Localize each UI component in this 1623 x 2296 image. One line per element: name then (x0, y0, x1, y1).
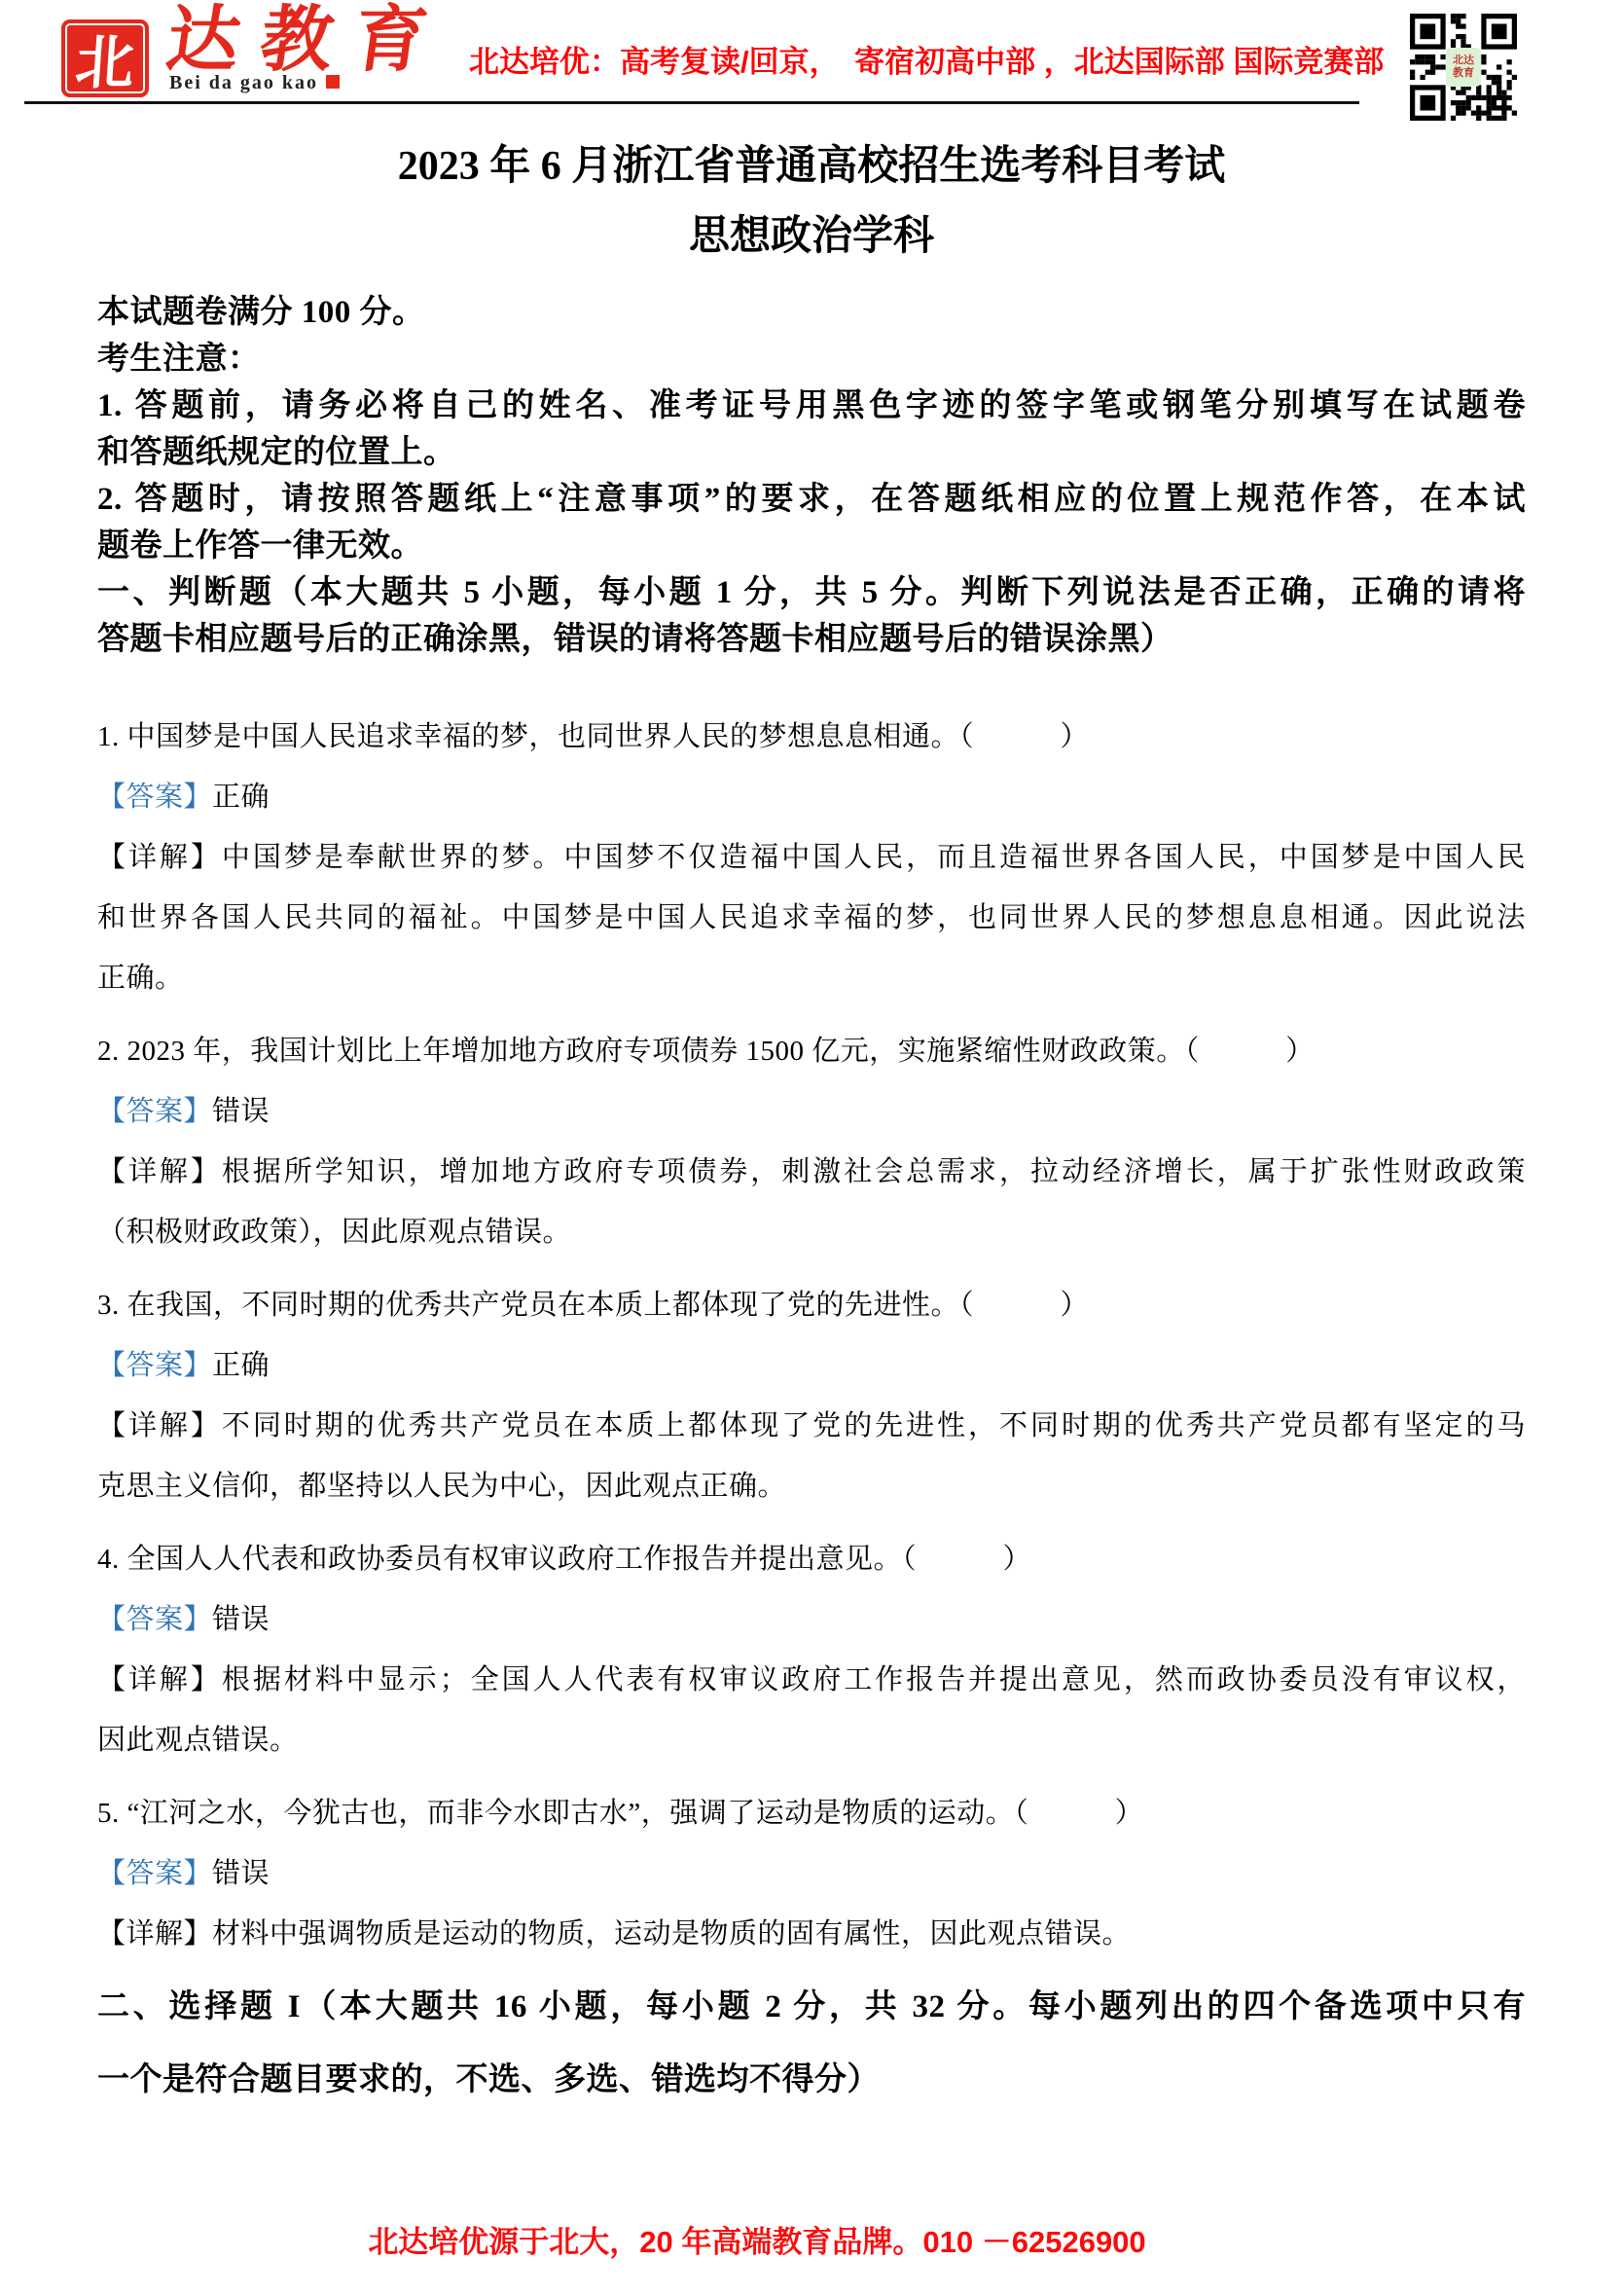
line-text: 本试题卷满分 100 分。 (97, 295, 425, 330)
section-line: 一个是符合题目要求的，不选、多选、错选均不得分） (97, 2050, 1526, 2110)
footer-slogan: 北达培优源于北大，20 年高端教育品牌。010 －62526900 (0, 2217, 1569, 2261)
answer-line: 【答案】错误 (97, 1081, 1526, 1142)
exam-document-page: 北 达教育 Bei da gao kao 北达培优：高考复读/回京， 寄宿初高中… (0, 0, 1623, 2296)
brand-calligraphy: 达教育 (162, 2, 452, 80)
line-text: 【详解】根据材料中显示；全国人人代表有权审议政府工作报告并提出意见，然而政协委员… (97, 1664, 1526, 1695)
line-text: 一个是符合题目要求的，不选、多选、错选均不得分） (97, 2062, 880, 2097)
line-text: 一、判断题（本大题共 5 小题，每小题 1 分，共 5 分。判断下列说法是否正确… (97, 575, 1526, 610)
line-text: 正确 (212, 782, 270, 813)
notice-line: 1. 答题前，请务必将自己的姓名、准考证号用黑色字迹的签字笔或钢笔分别填写在试题… (97, 383, 1526, 429)
qa-block: 1. 中国梦是中国人民追求幸福的梦，也同世界人民的梦想息息相通。（ ）【答案】正… (97, 707, 1526, 2110)
notice-line: 本试题卷满分 100 分。 (97, 289, 1526, 336)
line-text: 1. 中国梦是中国人民追求幸福的梦，也同世界人民的梦想息息相通。（ ） (97, 721, 1089, 752)
brand-pinyin: Bei da gao kao (169, 72, 340, 94)
line-text: 错误 (212, 1096, 270, 1127)
line-text: 4. 全国人人代表和政协委员有权审议政府工作报告并提出意见。（ ） (97, 1544, 1031, 1575)
line-text: 2. 2023 年，我国计划比上年增加地方政府专项债券 1500 亿元，实施紧缩… (97, 1036, 1315, 1067)
brand-pinyin-text: Bei da gao kao (169, 72, 318, 93)
detail-line: 【详解】根据材料中显示；全国人人代表有权审议政府工作报告并提出意见，然而政协委员… (97, 1650, 1526, 1710)
question-line: 5. “江河之水，今犹古也，而非今水即古水”，强调了运动是物质的运动。（ ） (97, 1783, 1526, 1843)
answer-line: 【答案】错误 (97, 1589, 1526, 1650)
qr-badge-line2: 教育 (1453, 67, 1474, 80)
notice-line: 题卷上作答一律无效。 (97, 523, 1526, 569)
line-text: 和答题纸规定的位置上。 (97, 435, 456, 470)
detail-line: 【详解】不同时期的优秀共产党员在本质上都体现了党的先进性，不同时期的优秀共产党员… (97, 1396, 1526, 1456)
notice-line: 答题卡相应题号后的正确涂黑，错误的请将答题卡相应题号后的错误涂黑） (97, 616, 1526, 663)
qr-center-badge: 北达 教育 (1446, 48, 1481, 87)
detail-line: 【详解】中国梦是奉献世界的梦。中国梦不仅造福中国人民，而且造福世界各国人民，中国… (97, 827, 1526, 888)
line-text: 2. 答题时，请按照答题纸上“注意事项”的要求，在答题纸相应的位置上规范作答，在… (97, 482, 1526, 517)
header-divider (24, 101, 1359, 104)
notice-line: 考生注意： (97, 336, 1526, 383)
detail-line: （积极财政政策），因此原观点错误。 (97, 1202, 1526, 1262)
page-subtitle: 思想政治学科 (97, 209, 1526, 264)
line-text: 题卷上作答一律无效。 (97, 528, 423, 564)
line-text: 1. 答题前，请务必将自己的姓名、准考证号用黑色字迹的签字笔或钢笔分别填写在试题… (97, 388, 1526, 423)
line-text: 克思主义信仰，都坚持以人民为中心，因此观点正确。 (97, 1471, 786, 1502)
answer-label: 【答案】 (97, 1350, 212, 1381)
line-text: 【详解】中国梦是奉献世界的梦。中国梦不仅造福中国人民，而且造福世界各国人民，中国… (97, 842, 1526, 873)
qr-code: 北达 教育 (1409, 14, 1518, 121)
line-text: 考生注意： (97, 342, 261, 377)
page-title: 2023 年 6 月浙江省普通高校招生选考科目考试 (97, 139, 1526, 194)
notice-line: 和答题纸规定的位置上。 (97, 429, 1526, 476)
notice-line: 一、判断题（本大题共 5 小题，每小题 1 分，共 5 分。判断下列说法是否正确… (97, 569, 1526, 616)
header-tagline: 北达培优：高考复读/回京， 寄宿初高中部 ，北达国际部 国际竞赛部 (469, 37, 1384, 81)
notice-line: 2. 答题时，请按照答题纸上“注意事项”的要求，在答题纸相应的位置上规范作答，在… (97, 476, 1526, 523)
answer-line: 【答案】错误 (97, 1843, 1526, 1904)
line-text: 错误 (212, 1858, 270, 1889)
line-text: 答题卡相应题号后的正确涂黑，错误的请将答题卡相应题号后的错误涂黑） (97, 622, 1173, 657)
line-text: 因此观点错误。 (97, 1725, 299, 1756)
line-text: 5. “江河之水，今犹古也，而非今水即古水”，强调了运动是物质的运动。（ ） (97, 1798, 1143, 1829)
detail-line: 因此观点错误。 (97, 1710, 1526, 1770)
line-text: 【详解】材料中强调物质是运动的物质，运动是物质的固有属性，因此观点错误。 (97, 1918, 1131, 1950)
document-body: 2023 年 6 月浙江省普通高校招生选考科目考试 思想政治学科 本试题卷满分 … (97, 114, 1526, 2110)
detail-line: 【详解】材料中强调物质是运动的物质，运动是物质的固有属性，因此观点错误。 (97, 1904, 1526, 1964)
question-line: 1. 中国梦是中国人民追求幸福的梦，也同世界人民的梦想息息相通。（ ） (97, 707, 1526, 767)
answer-label: 【答案】 (97, 1096, 212, 1127)
line-text: 错误 (212, 1604, 270, 1635)
brand-seal-logo: 北 (61, 19, 149, 97)
section-line: 二、选择题 I（本大题共 16 小题，每小题 2 分，共 32 分。每小题列出的… (97, 1977, 1526, 2037)
line-text: 正确。 (97, 963, 184, 994)
line-text: 【详解】不同时期的优秀共产党员在本质上都体现了党的先进性，不同时期的优秀共产党员… (97, 1410, 1526, 1441)
detail-line: 正确。 (97, 948, 1526, 1008)
answer-label: 【答案】 (97, 1604, 212, 1635)
detail-line: 和世界各国人民共同的福祉。中国梦是中国人民追求幸福的梦，也同世界人民的梦想息息相… (97, 888, 1526, 948)
answer-label: 【答案】 (97, 782, 212, 813)
line-text: （积极财政政策），因此原观点错误。 (97, 1217, 571, 1248)
notice-block: 本试题卷满分 100 分。考生注意：1. 答题前，请务必将自己的姓名、准考证号用… (97, 289, 1526, 663)
line-text: 3. 在我国，不同时期的优秀共产党员在本质上都体现了党的先进性。（ ） (97, 1290, 1089, 1321)
seal-character: 北 (73, 17, 137, 100)
line-text: 和世界各国人民共同的福祉。中国梦是中国人民追求幸福的梦，也同世界人民的梦想息息相… (97, 902, 1526, 933)
line-text: 【详解】根据所学知识，增加地方政府专项债券，刺激社会总需求，拉动经济增长，属于扩… (97, 1156, 1526, 1187)
detail-line: 【详解】根据所学知识，增加地方政府专项债券，刺激社会总需求，拉动经济增长，属于扩… (97, 1142, 1526, 1202)
qr-badge-line1: 北达 (1453, 55, 1474, 67)
red-square-mark (326, 75, 340, 89)
answer-line: 【答案】正确 (97, 1335, 1526, 1396)
question-line: 2. 2023 年，我国计划比上年增加地方政府专项债券 1500 亿元，实施紧缩… (97, 1021, 1526, 1081)
line-text: 二、选择题 I（本大题共 16 小题，每小题 2 分，共 32 分。每小题列出的… (97, 1989, 1526, 2024)
question-line: 3. 在我国，不同时期的优秀共产党员在本质上都体现了党的先进性。（ ） (97, 1275, 1526, 1335)
answer-label: 【答案】 (97, 1858, 212, 1889)
document-header: 北 达教育 Bei da gao kao 北达培优：高考复读/回京， 寄宿初高中… (0, 0, 1623, 109)
line-text: 正确 (212, 1350, 270, 1381)
answer-line: 【答案】正确 (97, 767, 1526, 827)
detail-line: 克思主义信仰，都坚持以人民为中心，因此观点正确。 (97, 1456, 1526, 1516)
question-line: 4. 全国人人代表和政协委员有权审议政府工作报告并提出意见。（ ） (97, 1529, 1526, 1589)
